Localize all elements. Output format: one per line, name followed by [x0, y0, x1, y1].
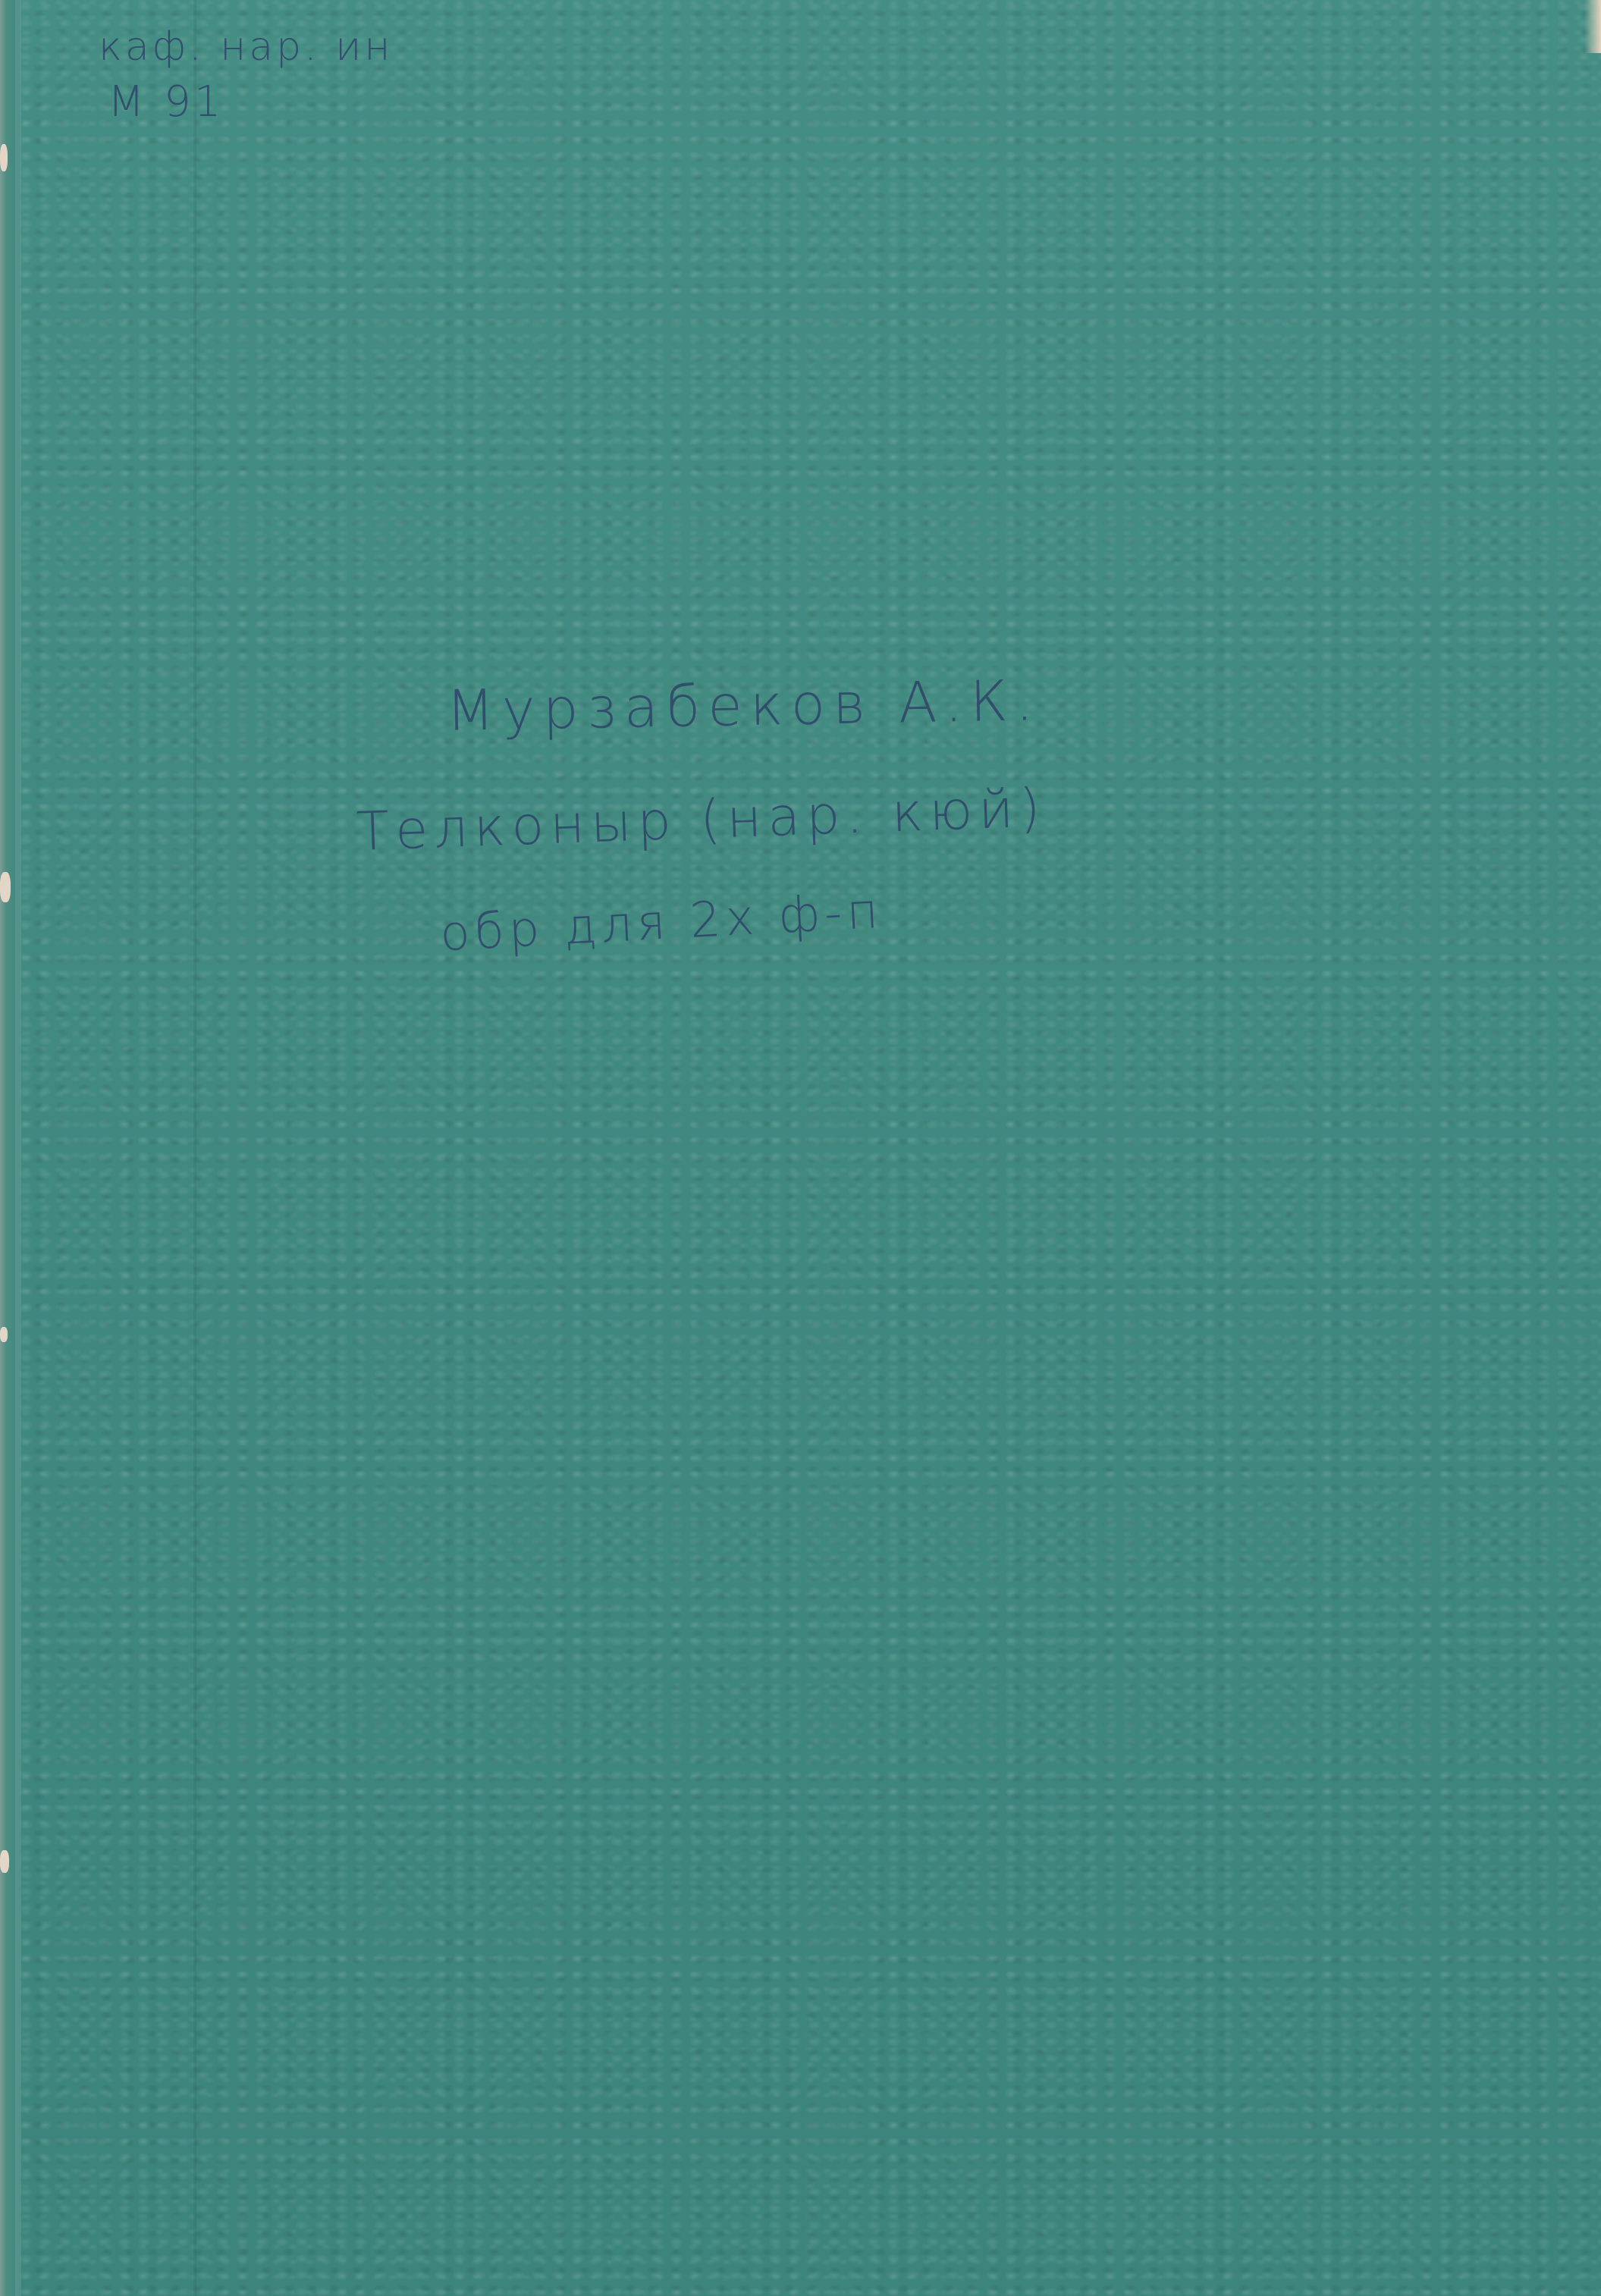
- folder-cover: [0, 0, 1601, 2296]
- worn-spot: [0, 1327, 8, 1342]
- torn-corner: [1584, 0, 1601, 53]
- worn-spot: [0, 144, 8, 171]
- worn-spot: [0, 1850, 9, 1873]
- catalog-mark-line1: каф. нар. ин: [99, 24, 393, 70]
- worn-spot: [0, 872, 11, 902]
- author-name: Мурзабеков А.К.: [445, 668, 1041, 744]
- cover-crease: [193, 0, 196, 2296]
- catalog-mark-line2: М 91: [108, 77, 224, 127]
- spine-fold: [15, 0, 21, 2296]
